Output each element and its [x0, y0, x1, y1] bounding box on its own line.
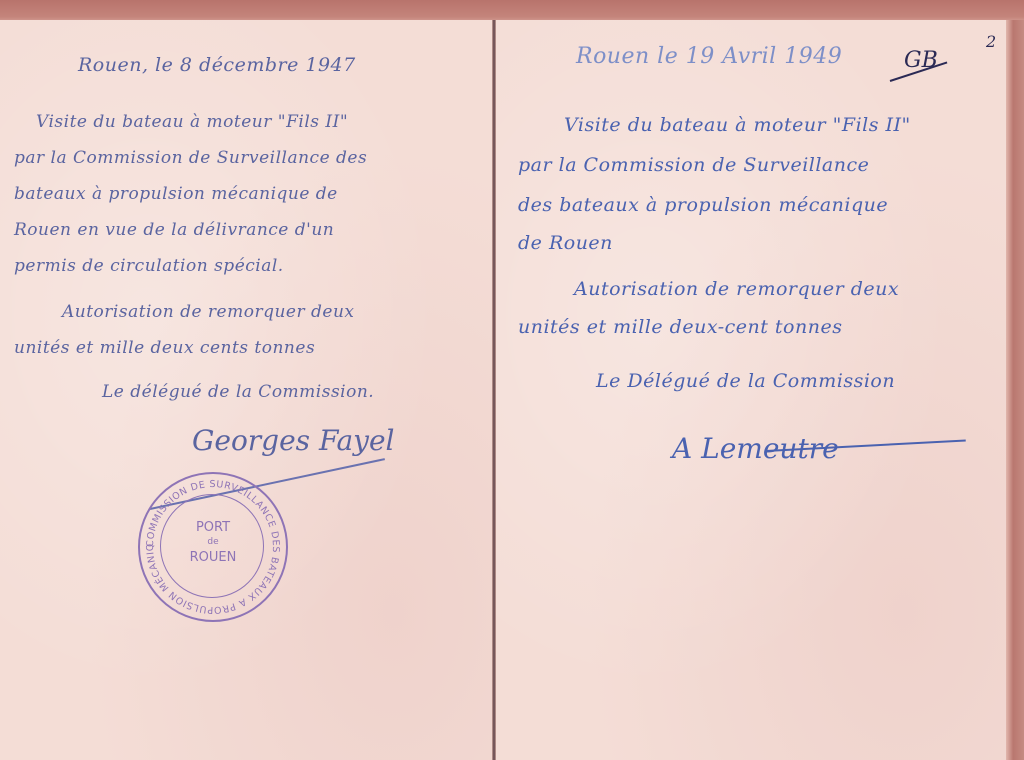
- right-body-line: Visite du bateau à moteur "Fils II": [564, 114, 911, 136]
- logbook-spread: Rouen, le 8 décembre 1947 Visite du bate…: [0, 20, 1012, 760]
- left-body-line: Visite du bateau à moteur "Fils II": [36, 112, 348, 132]
- right-date-line: Rouen le 19 Avril 1949: [576, 44, 842, 69]
- left-closing: Le délégué de la Commission.: [102, 382, 374, 402]
- stamp-ring-text: COMMISSION DE SURVEILLANCE DES BATEAUX A…: [140, 474, 286, 620]
- right-body-line: de Rouen: [518, 232, 613, 254]
- right-authorization-line: unités et mille deux-cent tonnes: [518, 316, 842, 338]
- left-authorization-line: unités et mille deux cents tonnes: [14, 338, 315, 358]
- stamp-port: PORT: [140, 520, 286, 535]
- right-page: Rouen le 19 Avril 1949 GB 2 Visite du ba…: [496, 20, 1006, 760]
- left-page: Rouen, le 8 décembre 1947 Visite du bate…: [0, 20, 492, 760]
- left-authorization-line: Autorisation de remorquer deux: [62, 302, 355, 322]
- right-authorization-line: Autorisation de remorquer deux: [574, 278, 899, 300]
- left-body-line: bateaux à propulsion mécanique de: [14, 184, 338, 204]
- page-number: 2: [986, 32, 996, 51]
- stamp-de: de: [140, 537, 286, 547]
- left-date-line: Rouen, le 8 décembre 1947: [78, 54, 356, 76]
- right-closing: Le Délégué de la Commission: [596, 370, 895, 392]
- left-body-line: Rouen en vue de la délivrance d'un: [14, 220, 334, 240]
- port-de-rouen-stamp: COMMISSION DE SURVEILLANCE DES BATEAUX A…: [138, 472, 288, 622]
- stamp-rouen: ROUEN: [140, 550, 286, 565]
- right-body-line: des bateaux à propulsion mécanique: [518, 194, 888, 216]
- left-body-line: permis de circulation spécial.: [14, 256, 284, 276]
- right-body-line: par la Commission de Surveillance: [518, 154, 869, 176]
- left-body-line: par la Commission de Surveillance des: [14, 148, 367, 168]
- left-signature: Georges Fayel: [192, 424, 395, 457]
